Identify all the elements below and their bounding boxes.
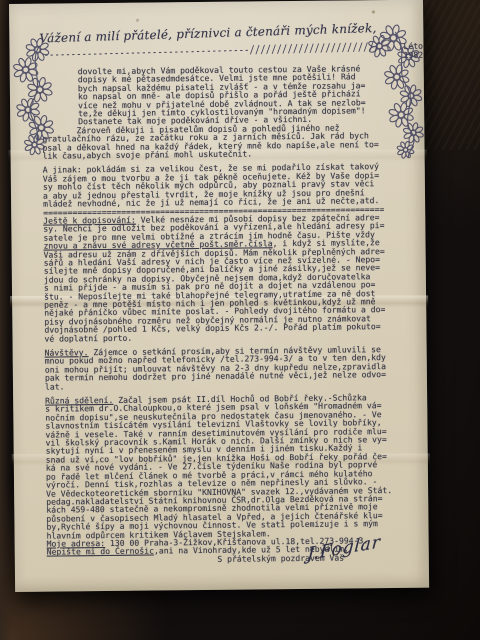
paragraph-thanks: dovolte mi,abych Vám poděkoval touto ces…: [78, 64, 417, 126]
paragraph-honour: A jinak: pokládám si za velikou čest, že…: [43, 162, 417, 208]
letter-body: dovolte mi,abych Vám poděkoval touto ces…: [42, 64, 421, 565]
paragraph-correspondence: Ještě k dopisování: Velké nesnáze mi půs…: [43, 213, 418, 343]
paragraph-other-letters: Zároveň děkuji i pisatelům dopisů a pohl…: [42, 123, 416, 161]
paragraph-news: Různá sdělení. Začal jsem psát II.díl Ho…: [45, 393, 420, 540]
typed-date: Léto 1982: [403, 42, 423, 60]
greeting-flourish: --------------------------------------//…: [43, 41, 379, 62]
paragraph-visits: Návštěvy. Zájemce o setkání prosím,aby s…: [45, 345, 419, 391]
letter-paper: Vážení a milí přátelé, příznivci a čtená…: [9, 0, 429, 592]
